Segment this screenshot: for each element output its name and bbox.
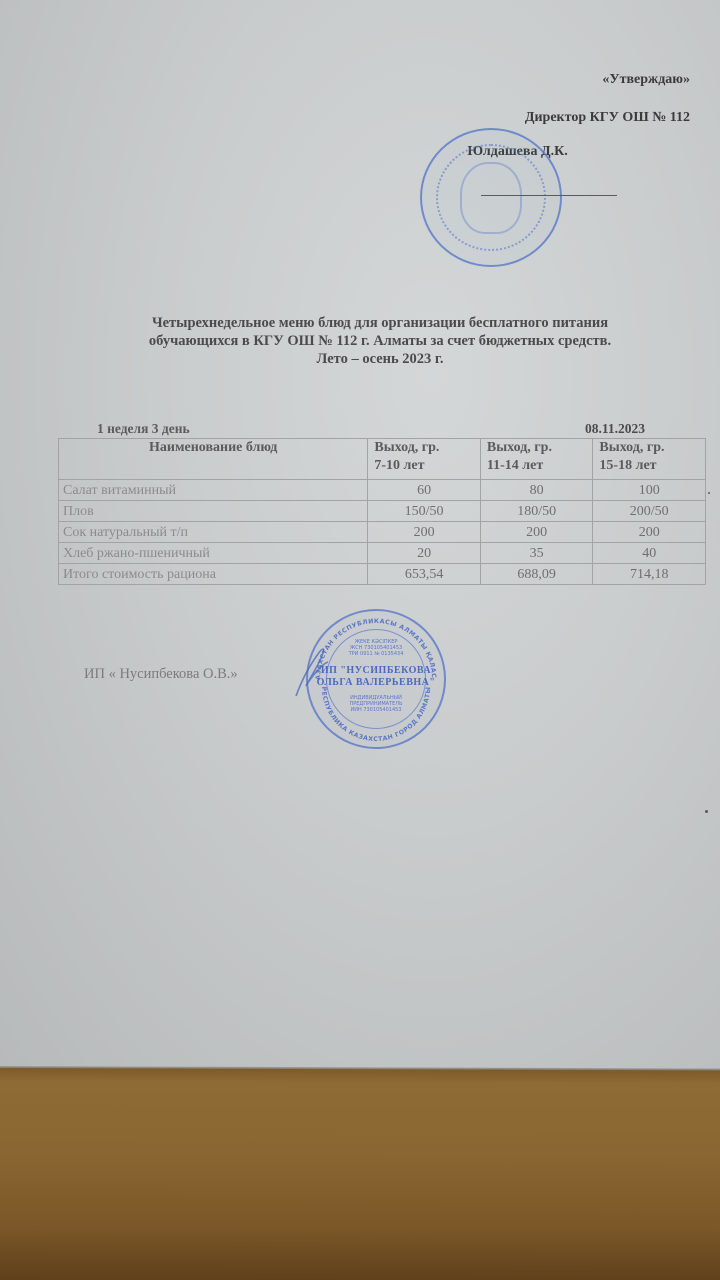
- output-value: 60: [368, 480, 481, 501]
- output-value: 100: [593, 480, 706, 501]
- header-output-7-10: Выход, гр. 7-10 лет: [368, 439, 481, 480]
- output-value: 200/50: [593, 501, 706, 522]
- output-value: 200: [480, 522, 593, 543]
- title-line-2: обучающихся в КГУ ОШ № 112 г. Алматы за …: [60, 332, 700, 350]
- output-value: 35: [480, 543, 593, 564]
- paper-speck: [708, 492, 710, 494]
- table-row: Плов 150/50 180/50 200/50: [59, 501, 706, 522]
- output-value: 200: [593, 522, 706, 543]
- paper-speck: [705, 810, 708, 813]
- document-title: Четырехнедельное меню блюд для организац…: [60, 314, 700, 368]
- output-value: 150/50: [368, 501, 481, 522]
- week-day-label: 1 неделя 3 день: [97, 421, 190, 437]
- output-value: 20: [368, 543, 481, 564]
- menu-table: Наименование блюд Выход, гр. 7-10 лет Вы…: [58, 438, 706, 585]
- handwritten-signature: [292, 640, 332, 700]
- title-line-3: Лето – осень 2023 г.: [60, 350, 700, 368]
- approval-block: «Утверждаю» Директор КГУ ОШ № 112 Юлдаше…: [602, 72, 690, 110]
- wooden-desk-surface: [0, 1068, 720, 1280]
- menu-date: 08.11.2023: [585, 421, 645, 437]
- table-row: Салат витаминный 60 80 100: [59, 480, 706, 501]
- approval-position: Директор КГУ ОШ № 112: [525, 110, 690, 126]
- approval-heading: «Утверждаю»: [602, 72, 690, 88]
- total-value: 653,54: [368, 564, 481, 585]
- supplier-signer: ИП « Нусипбекова О.В.»: [84, 666, 238, 683]
- table-row: Сок натуральный т/п 200 200 200: [59, 522, 706, 543]
- dish-name: Хлеб ржано-пшеничный: [59, 543, 368, 564]
- header-dish-name: Наименование блюд: [59, 439, 368, 480]
- title-line-1: Четырехнедельное меню блюд для организац…: [60, 314, 700, 332]
- output-value: 80: [480, 480, 593, 501]
- header-output-11-14: Выход, гр. 11-14 лет: [480, 439, 593, 480]
- signature-line: [481, 195, 617, 196]
- output-value: 180/50: [480, 501, 593, 522]
- header-output-15-18: Выход, гр. 15-18 лет: [593, 439, 706, 480]
- dish-name: Плов: [59, 501, 368, 522]
- school-seal-stamp: [420, 128, 562, 267]
- table-row: Хлеб ржано-пшеничный 20 35 40: [59, 543, 706, 564]
- total-label: Итого стоимость рациона: [59, 564, 368, 585]
- dish-name: Салат витаминный: [59, 480, 368, 501]
- total-value: 688,09: [480, 564, 593, 585]
- total-value: 714,18: [593, 564, 706, 585]
- output-value: 40: [593, 543, 706, 564]
- dish-name: Сок натуральный т/п: [59, 522, 368, 543]
- table-row-total: Итого стоимость рациона 653,54 688,09 71…: [59, 564, 706, 585]
- table-header-row: Наименование блюд Выход, гр. 7-10 лет Вы…: [59, 439, 706, 480]
- output-value: 200: [368, 522, 481, 543]
